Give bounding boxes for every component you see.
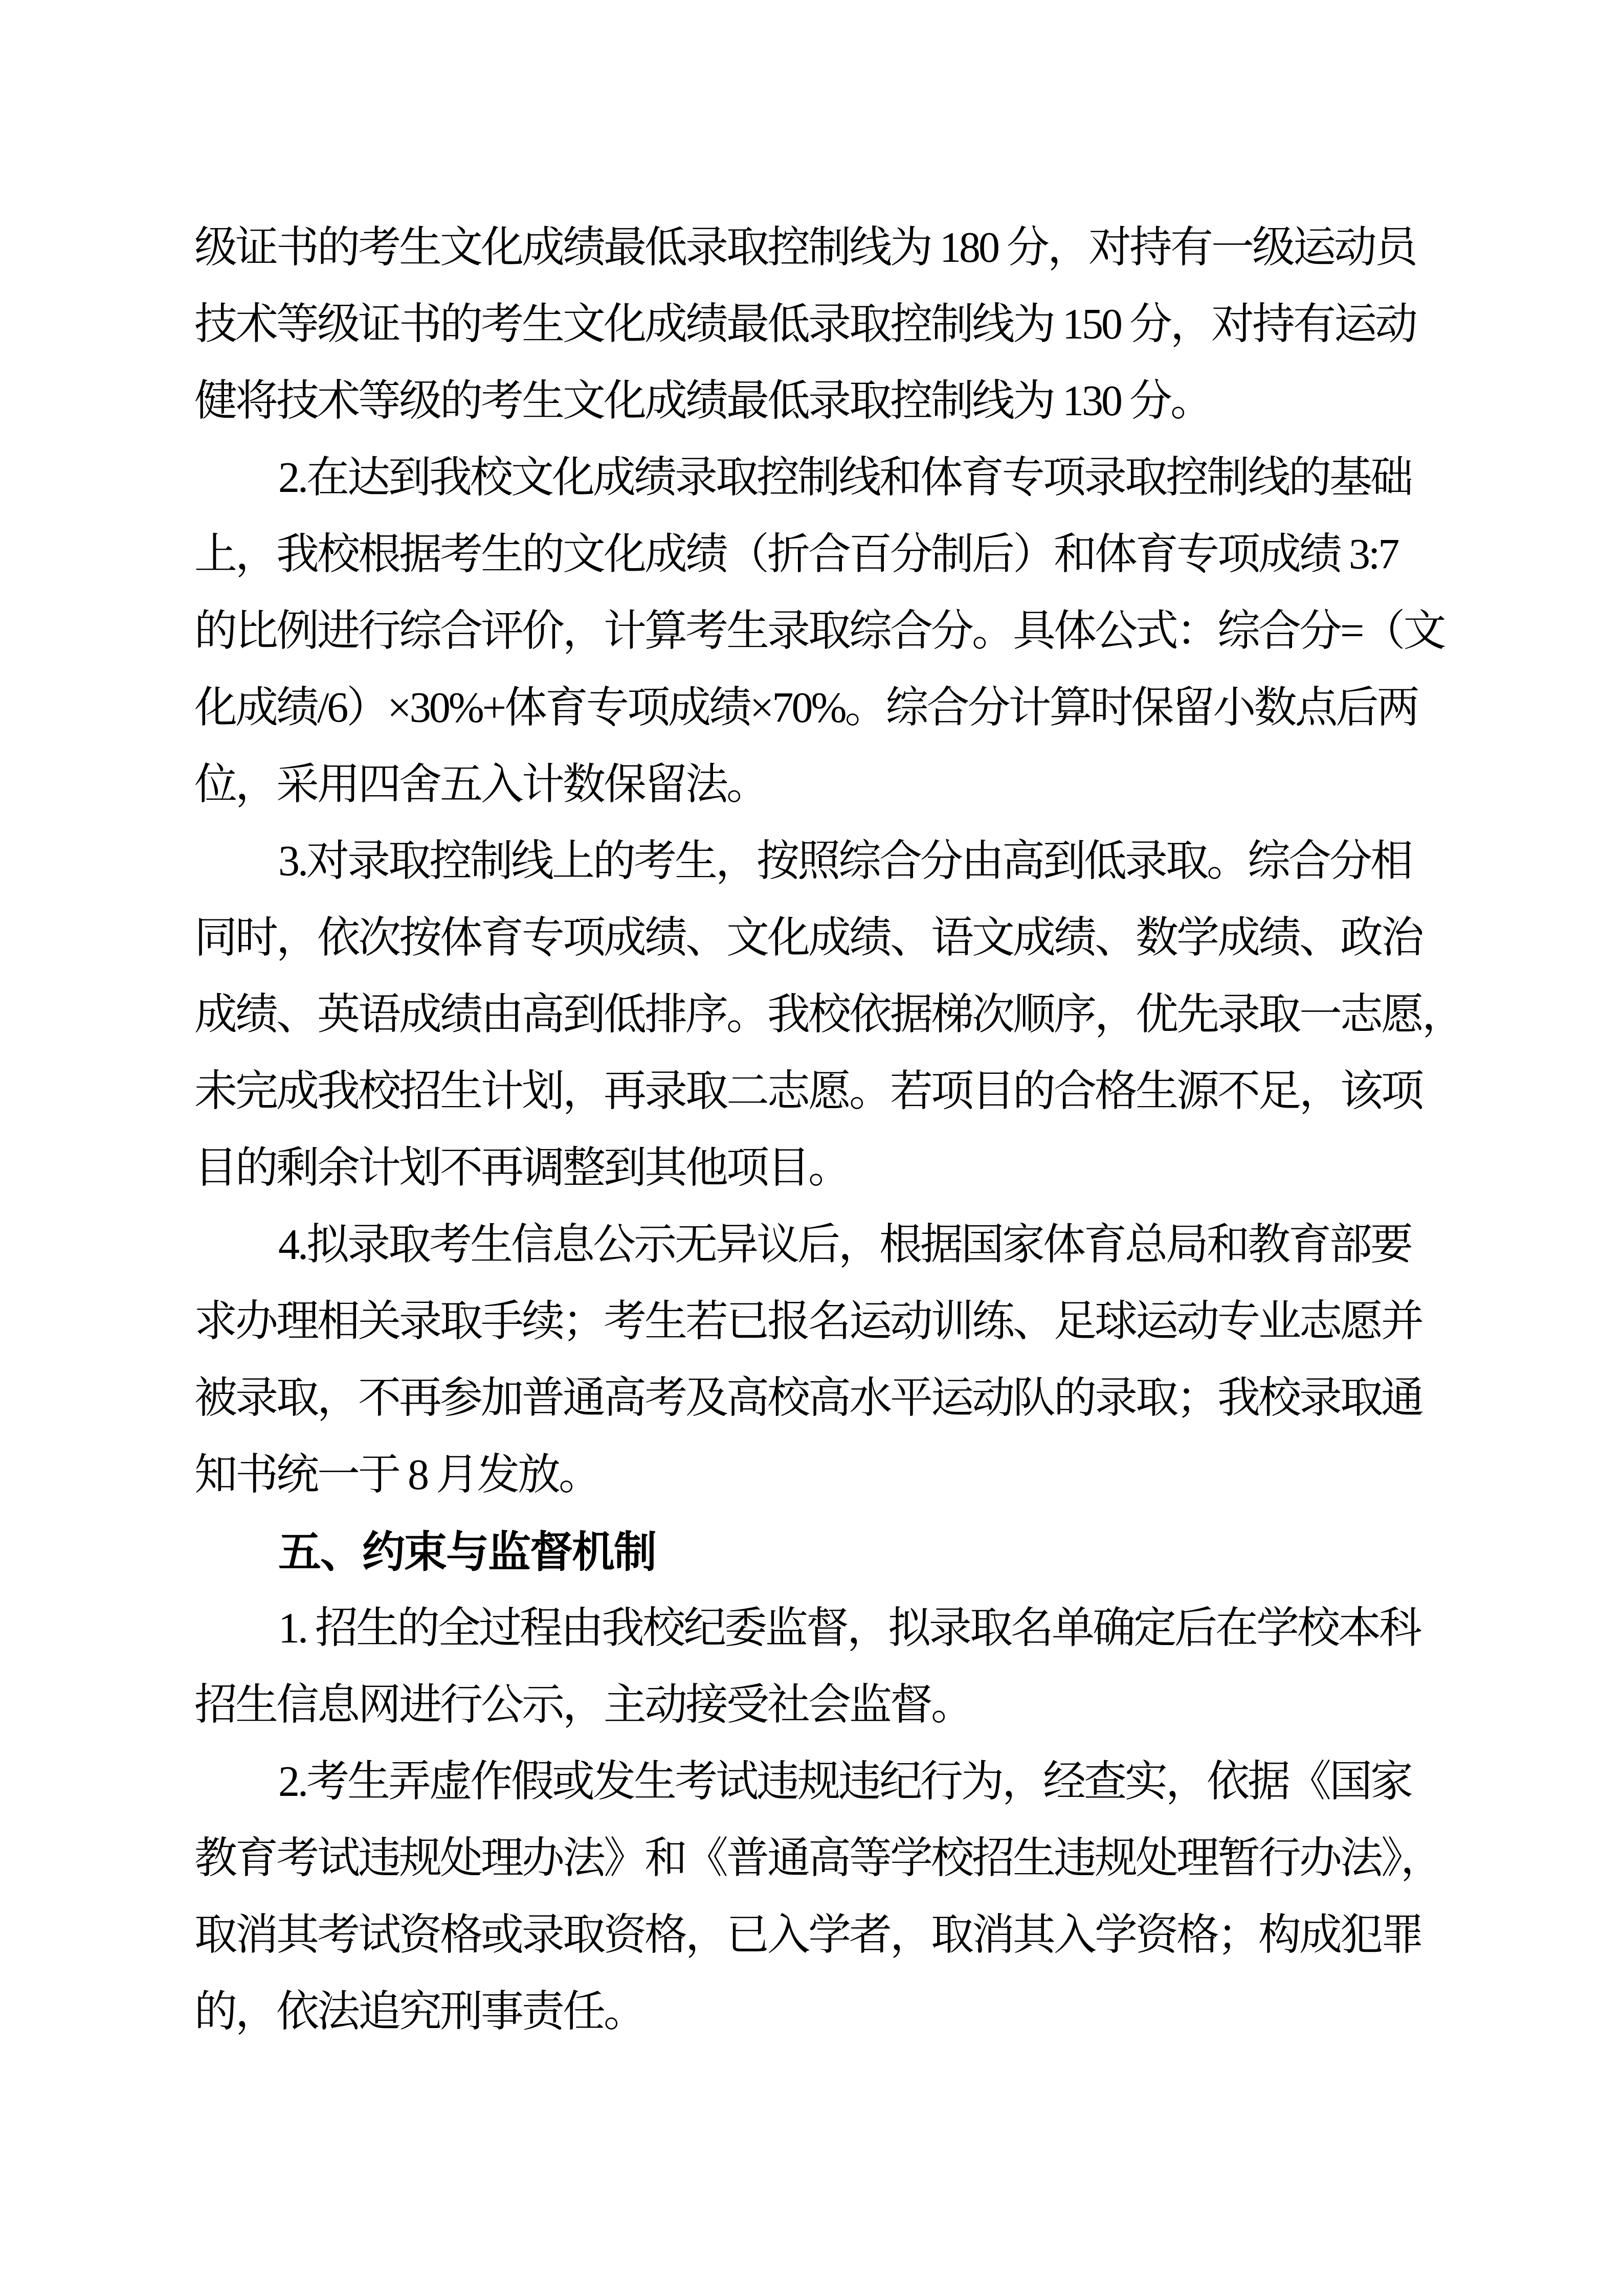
body-line: 未完成我校招生计划，再录取二志愿。若项目的合格生源不足，该项 (194, 1053, 1442, 1130)
document-page: 级证书的考生文化成绩最低录取控制线为 180 分，对持有一级运动员 技术等级证书… (0, 0, 1624, 2296)
body-line: 知书统一于 8 月发放。 (194, 1437, 1442, 1514)
body-line: 取消其考试资格或录取资格，已入学者，取消其入学资格；构成犯罪 (194, 1897, 1442, 1974)
body-line: 招生信息网进行公示，主动接受社会监督。 (194, 1667, 1442, 1744)
body-line: 1. 招生的全过程由我校纪委监督，拟录取名单确定后在学校本科 (194, 1590, 1442, 1667)
body-line: 位，采用四舍五入计数保留法。 (194, 747, 1442, 823)
body-line: 化成绩/6）×30%+体育专项成绩×70%。综合分计算时保留小数点后两 (194, 670, 1442, 747)
body-line: 教育考试违规处理办法》和《普通高等学校招生违规处理暂行办法》， (194, 1820, 1442, 1897)
body-line: 求办理相关录取手续；考生若已报名运动训练、足球运动专业志愿并 (194, 1284, 1442, 1360)
document-text-block: 级证书的考生文化成绩最低录取控制线为 180 分，对持有一级运动员 技术等级证书… (194, 210, 1442, 2051)
body-line: 的比例进行综合评价，计算考生录取综合分。具体公式：综合分=（文 (194, 593, 1442, 670)
body-line: 上，我校根据考生的文化成绩（折合百分制后）和体育专项成绩 3:7 (194, 516, 1442, 593)
body-line: 2.在达到我校文化成绩录取控制线和体育专项录取控制线的基础 (194, 440, 1442, 516)
body-line: 成绩、英语成绩由高到低排序。我校依据梯次顺序，优先录取一志愿， (194, 977, 1442, 1053)
body-line: 同时，依次按体育专项成绩、文化成绩、语文成绩、数学成绩、政治 (194, 900, 1442, 977)
body-line: 被录取，不再参加普通高考及高校高水平运动队的录取；我校录取通 (194, 1360, 1442, 1437)
body-line: 4.拟录取考生信息公示无异议后，根据国家体育总局和教育部要 (194, 1207, 1442, 1284)
body-line: 的，依法追究刑事责任。 (194, 1974, 1442, 2051)
body-line: 健将技术等级的考生文化成绩最低录取控制线为 130 分。 (194, 363, 1442, 440)
section-heading: 五、约束与监督机制 (194, 1514, 1442, 1590)
body-line: 2.考生弄虚作假或发生考试违规违纪行为，经查实，依据《国家 (194, 1744, 1442, 1820)
body-line: 目的剩余计划不再调整到其他项目。 (194, 1130, 1442, 1207)
body-line: 技术等级证书的考生文化成绩最低录取控制线为 150 分，对持有运动 (194, 286, 1442, 363)
body-line: 级证书的考生文化成绩最低录取控制线为 180 分，对持有一级运动员 (194, 210, 1442, 286)
body-line: 3.对录取控制线上的考生，按照综合分由高到低录取。综合分相 (194, 823, 1442, 900)
